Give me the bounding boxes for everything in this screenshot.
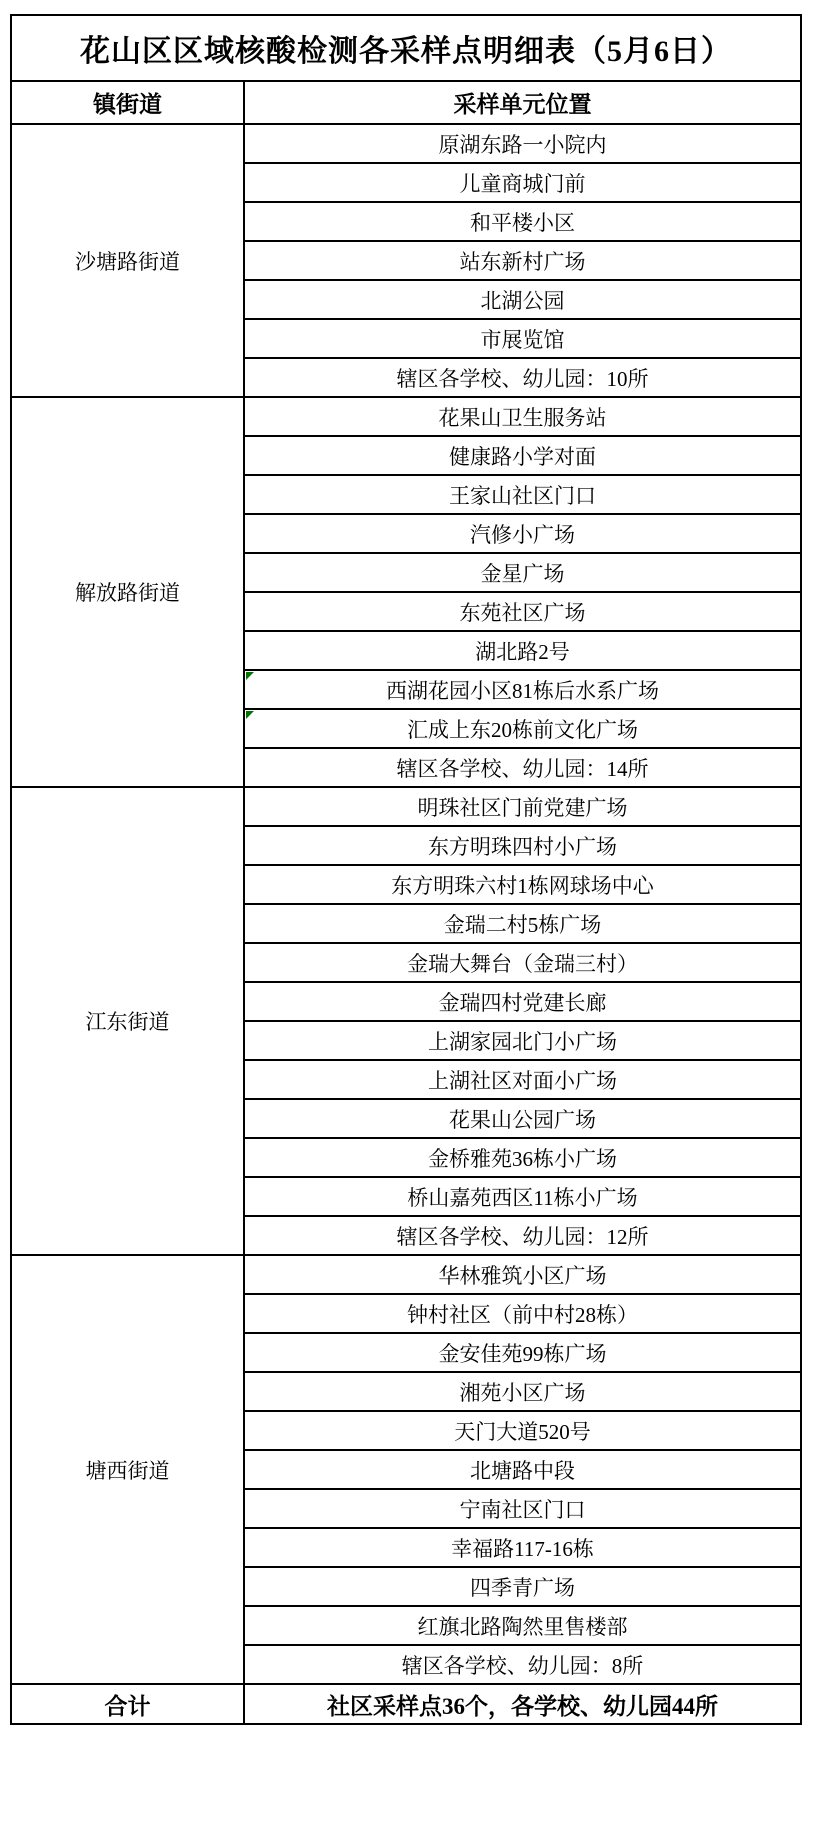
street-group-cell: 塘西街道	[11, 1255, 244, 1684]
comment-marker-icon	[246, 711, 254, 719]
sampling-points-table: 花山区区域核酸检测各采样点明细表（5月6日） 镇街道 采样单元位置 沙塘路街道 …	[10, 14, 802, 1725]
location-cell: 汇成上东20栋前文化广场	[244, 709, 801, 748]
location-cell: 站东新村广场	[244, 241, 801, 280]
location-cell: 北塘路中段	[244, 1450, 801, 1489]
location-cell: 东方明珠四村小广场	[244, 826, 801, 865]
location-cell: 红旗北路陶然里售楼部	[244, 1606, 801, 1645]
location-cell: 花果山卫生服务站	[244, 397, 801, 436]
location-cell: 辖区各学校、幼儿园：8所	[244, 1645, 801, 1684]
location-cell: 西湖花园小区81栋后水系广场	[244, 670, 801, 709]
location-cell: 金安佳苑99栋广场	[244, 1333, 801, 1372]
comment-marker-icon	[246, 672, 254, 680]
location-cell: 儿童商城门前	[244, 163, 801, 202]
location-cell: 东苑社区广场	[244, 592, 801, 631]
location-cell: 金星广场	[244, 553, 801, 592]
column-header-street: 镇街道	[11, 81, 244, 124]
location-cell: 桥山嘉苑西区11栋小广场	[244, 1177, 801, 1216]
location-cell: 北湖公园	[244, 280, 801, 319]
street-group-cell: 解放路街道	[11, 397, 244, 787]
location-cell: 金瑞大舞台（金瑞三村）	[244, 943, 801, 982]
location-cell: 幸福路117-16栋	[244, 1528, 801, 1567]
location-cell: 原湖东路一小院内	[244, 124, 801, 163]
location-cell: 华林雅筑小区广场	[244, 1255, 801, 1294]
location-cell: 辖区各学校、幼儿园：14所	[244, 748, 801, 787]
location-cell: 辖区各学校、幼儿园：12所	[244, 1216, 801, 1255]
location-cell: 汽修小广场	[244, 514, 801, 553]
location-cell: 四季青广场	[244, 1567, 801, 1606]
location-cell: 湘苑小区广场	[244, 1372, 801, 1411]
column-header-location: 采样单元位置	[244, 81, 801, 124]
location-cell: 花果山公园广场	[244, 1099, 801, 1138]
document-page: 花山区区域核酸检测各采样点明细表（5月6日） 镇街道 采样单元位置 沙塘路街道 …	[0, 0, 816, 1823]
location-cell: 和平楼小区	[244, 202, 801, 241]
location-cell: 金桥雅苑36栋小广场	[244, 1138, 801, 1177]
location-cell: 宁南社区门口	[244, 1489, 801, 1528]
location-cell: 健康路小学对面	[244, 436, 801, 475]
location-cell: 明珠社区门前党建广场	[244, 787, 801, 826]
location-cell: 市展览馆	[244, 319, 801, 358]
table-title: 花山区区域核酸检测各采样点明细表（5月6日）	[11, 15, 801, 81]
location-cell: 王家山社区门口	[244, 475, 801, 514]
total-label: 合计	[11, 1684, 244, 1724]
street-group-cell: 沙塘路街道	[11, 124, 244, 397]
location-cell: 钟村社区（前中村28栋）	[244, 1294, 801, 1333]
location-cell: 金瑞二村5栋广场	[244, 904, 801, 943]
location-cell: 金瑞四村党建长廊	[244, 982, 801, 1021]
location-cell: 上湖社区对面小广场	[244, 1060, 801, 1099]
location-cell: 辖区各学校、幼儿园：10所	[244, 358, 801, 397]
location-cell: 天门大道520号	[244, 1411, 801, 1450]
location-cell: 上湖家园北门小广场	[244, 1021, 801, 1060]
total-value: 社区采样点36个，各学校、幼儿园44所	[244, 1684, 801, 1724]
location-cell: 湖北路2号	[244, 631, 801, 670]
location-cell: 东方明珠六村1栋网球场中心	[244, 865, 801, 904]
street-group-cell: 江东街道	[11, 787, 244, 1255]
